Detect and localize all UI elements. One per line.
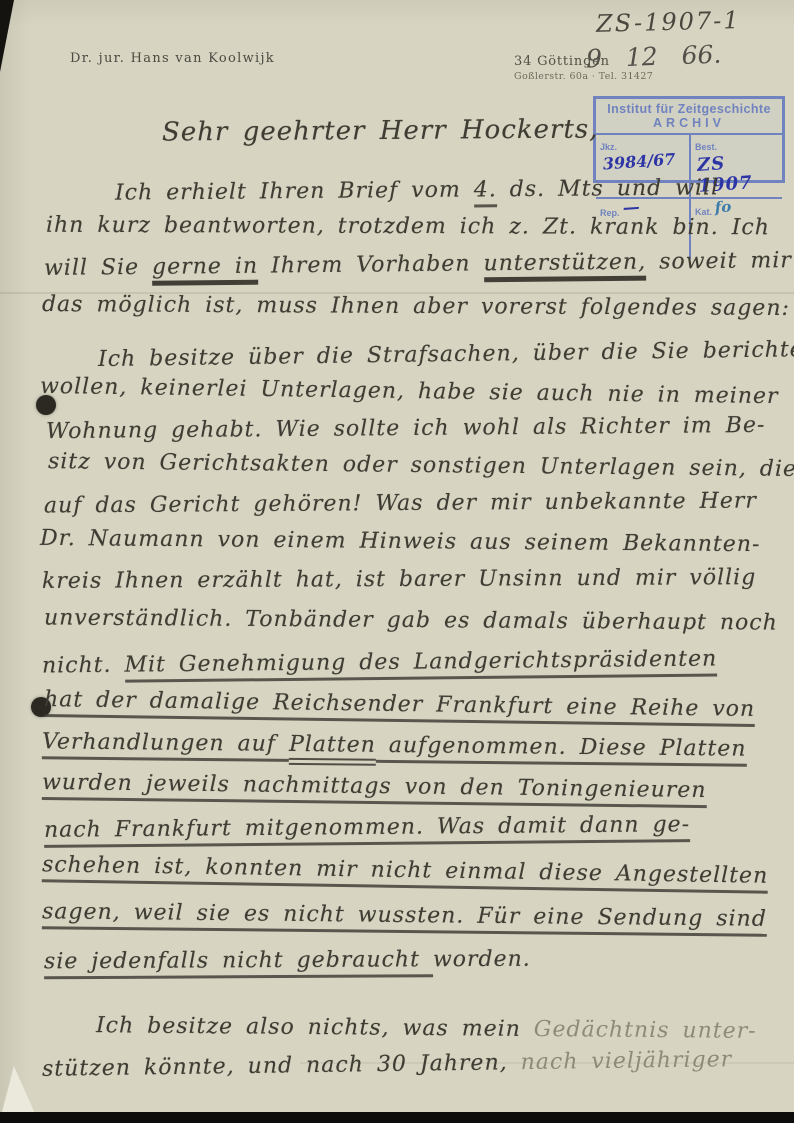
letter-text-segment: worden. [433, 947, 531, 973]
letter-text-segment: aufgenommen. Diese Platten [376, 733, 747, 767]
letter-text-segment: unterstützen, [483, 250, 646, 283]
letter-line: ihn kurz beantworten, trotzdem ich z. Zt… [46, 213, 770, 241]
letter-text-segment: stützen könnte, und nach 30 Jahren, [42, 1050, 521, 1082]
letter-text-segment: hat der damalige Reichsender Frankfurt e… [44, 687, 756, 727]
letter-text-segment: ihn kurz beantworten, trotzdem ich z. Zt… [46, 213, 770, 241]
letter-line: Wohnung gehabt. Wie sollte ich wohl als … [46, 413, 766, 444]
letter-text-segment: Dr. Naumann von einem Hinweis aus seinem… [40, 526, 761, 557]
letter-line: schehen ist, konnten mir nicht einmal di… [42, 852, 769, 888]
letter-text-segment: nach vieljähriger [520, 1047, 732, 1075]
scan-edge [0, 1112, 794, 1123]
letter-text-segment: unverständlich. Tonbänder gab es damals … [44, 605, 778, 635]
letter-text-segment: will Sie [44, 255, 152, 281]
letter-line: Verhandlungen auf Platten aufgenommen. D… [42, 729, 747, 761]
letter-line: unverständlich. Tonbänder gab es damals … [44, 605, 778, 635]
letter-line: nach Frankfurt mitgenommen. Was damit da… [44, 812, 690, 843]
letter-text-segment: Ihrem Vorhaben [258, 251, 484, 278]
letter-line: nicht. Mit Genehmigung des Landgerichtsp… [42, 646, 717, 678]
letter-text-segment: das möglich ist, muss Ihnen aber vorerst… [42, 292, 790, 321]
letter-line: Sehr geehrter Herr Hockerts, [162, 114, 599, 147]
letter-text-segment: Platten [289, 732, 376, 766]
letter-text-segment: Verhandlungen auf [42, 729, 289, 762]
letter-text-segment: Ich besitze also nichts, was mein [96, 1013, 534, 1042]
letter-text-segment: Ich besitze über die Strafsachen, über d… [98, 337, 794, 372]
letter-text-segment: soweit mir [646, 248, 792, 275]
letter-line: Ich besitze also nichts, was mein Gedäch… [96, 1013, 757, 1044]
letter-line: stützen könnte, und nach 30 Jahren, nach… [42, 1047, 733, 1082]
letter-text-segment: sitz von Gerichtsakten oder sonstigen Un… [48, 449, 794, 482]
scanned-letter-page: ZS-1907-1 Dr. jur. Hans van Koolwijk 34 … [0, 0, 794, 1123]
letter-text-segment: nicht. [42, 653, 125, 679]
letter-text-segment: ds. Mts und will [497, 175, 720, 202]
letter-line: hat der damalige Reichsender Frankfurt e… [44, 687, 755, 722]
letter-text-segment: Ich erhielt Ihren Brief vom [115, 178, 474, 206]
letter-line: wollen, keinerlei Unterlagen, habe sie a… [40, 374, 779, 409]
letter-text-segment: 4. [474, 177, 497, 207]
letter-line: Dr. Naumann von einem Hinweis aus seinem… [40, 526, 761, 557]
letter-line: auf das Gericht gehören! Was der mir unb… [44, 489, 757, 519]
letter-text-segment: Mit Genehmigung des Landgerichtspräsiden… [124, 646, 717, 682]
letter-line: kreis Ihnen erzählt hat, ist barer Unsin… [42, 565, 756, 594]
letter-text-segment: sie jedenfalls nicht gebraucht [44, 947, 433, 979]
letter-text-segment: gerne in [152, 254, 258, 286]
letter-text-segment: kreis Ihnen erzählt hat, ist barer Unsin… [42, 565, 756, 594]
letter-text-segment: auf das Gericht gehören! Was der mir unb… [44, 489, 757, 519]
letter-text-segment: sagen, weil sie es nicht wussten. Für ei… [42, 899, 767, 937]
letter-line: sagen, weil sie es nicht wussten. Für ei… [42, 899, 767, 932]
letter-line: wurden jeweils nachmittags von den Tonin… [42, 770, 707, 803]
letter-line: Ich erhielt Ihren Brief vom 4. ds. Mts u… [115, 175, 719, 205]
letter-line: sitz von Gerichtsakten oder sonstigen Un… [48, 449, 794, 482]
letter-text-segment: wurden jeweils nachmittags von den Tonin… [42, 770, 707, 808]
letter-text-segment: Sehr geehrter Herr Hockerts, [162, 114, 599, 147]
letter-text-segment: Wohnung gehabt. Wie sollte ich wohl als … [46, 413, 766, 444]
letter-text-segment: schehen ist, konnten mir nicht einmal di… [42, 852, 769, 893]
letter-text-segment: wollen, keinerlei Unterlagen, habe sie a… [40, 374, 779, 409]
letter-text-segment: Gedächtnis unter- [534, 1017, 757, 1044]
letter-line: Ich besitze über die Strafsachen, über d… [98, 337, 794, 372]
letter-body: Sehr geehrter Herr Hockerts,Ich erhielt … [0, 0, 794, 1123]
letter-text-segment: nach Frankfurt mitgenommen. Was damit da… [44, 812, 690, 848]
letter-line: sie jedenfalls nicht gebraucht worden. [44, 947, 531, 975]
letter-line: das möglich ist, muss Ihnen aber vorerst… [42, 292, 790, 321]
letter-line: will Sie gerne in Ihrem Vorhaben unterst… [44, 248, 792, 281]
